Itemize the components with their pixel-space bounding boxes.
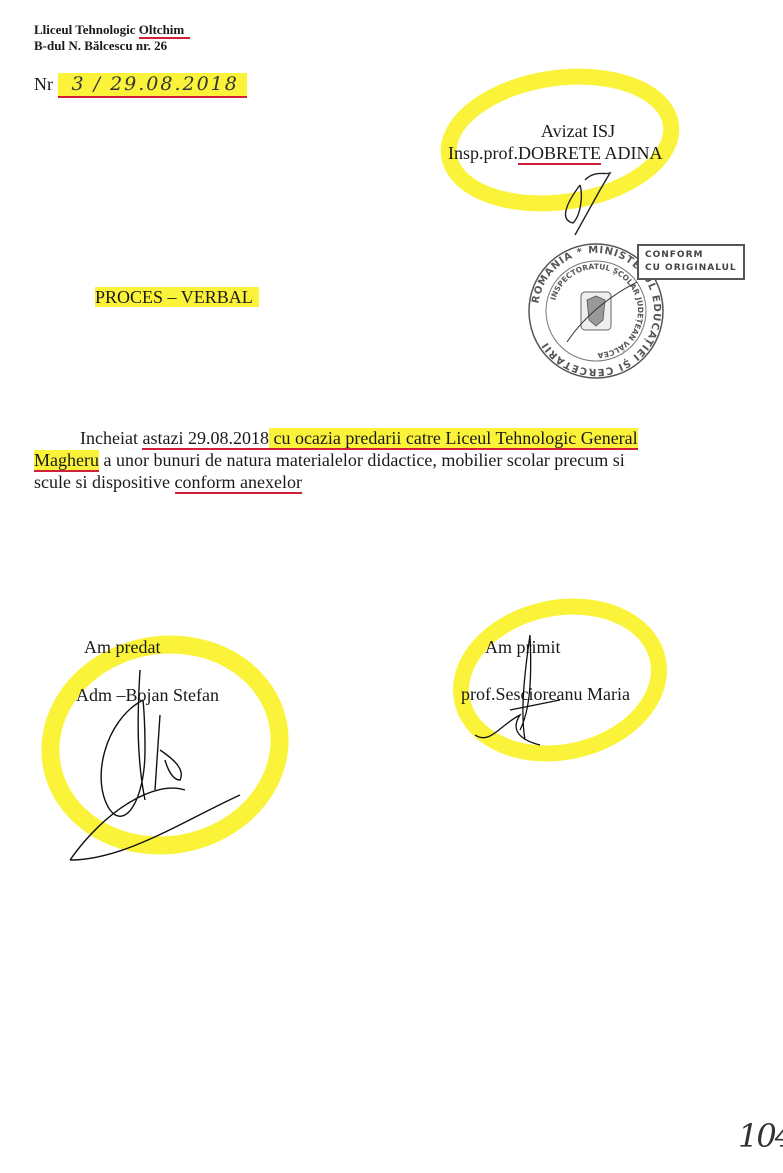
body-date: astazi 29.08.2018 [142,428,268,450]
left-signature-scribble [65,660,265,870]
page-number: 104 [738,1117,783,1155]
document-title: PROCES – VERBAL [95,286,259,308]
approval-block: Avizat ISJ Insp.prof.DOBRETE ADINA [448,120,698,164]
body-recipient: Magheru [34,450,99,472]
body-text: scule si dispositive [34,472,175,492]
right-signature-scribble [470,630,580,750]
title-text: PROCES – VERBAL [95,287,259,307]
left-signature-label: Am predat [84,636,160,658]
approval-line2: Insp.prof.DOBRETE ADINA [448,142,698,164]
body-goods: bunuri de natura materialelor didactice,… [153,450,624,470]
body-text: a unor [99,450,153,470]
approval-line1: Avizat ISJ [448,120,698,142]
highlight-marks [0,0,783,1173]
approval-signature [555,165,635,240]
body-annex-reference: conform anexelor [175,472,302,494]
body-text: Incheiat [80,428,142,448]
document-body: Incheiat astazi 29.08.2018 cu ocazia pre… [34,427,754,493]
approval-surname: DOBRETE [518,143,601,165]
body-paragraph: Incheiat astazi 29.08.2018 cu ocazia pre… [34,427,754,493]
conform-line2: CU ORIGINALUL [645,262,737,275]
conform-line1: CONFORM [645,249,737,262]
conform-stamp-box: CONFORM CU ORIGINALUL [637,244,745,280]
approval-firstname: ADINA [601,143,663,163]
approval-title: Insp.prof. [448,143,518,163]
body-occasion: cu ocazia predarii catre Liceul Tehnolog… [269,428,638,450]
